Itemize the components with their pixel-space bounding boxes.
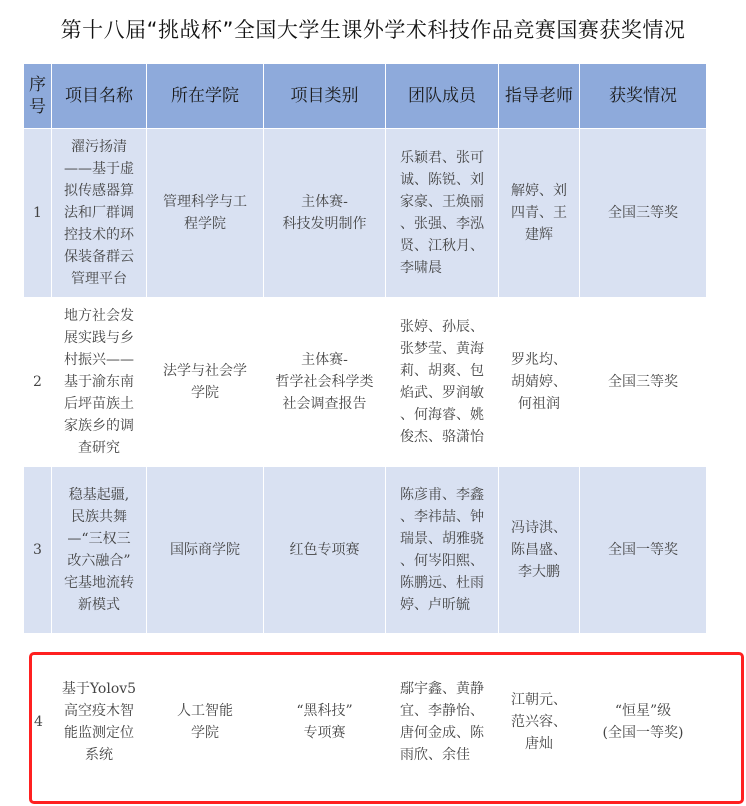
cell-category: “黑科技” 专项赛 <box>264 647 386 798</box>
cell-team: 陈彦甫、李鑫 、李祎喆、钟 瑞景、胡雅骁 、何岑阳熙、 陈鹏远、杜雨 婷、卢昕毓 <box>386 467 499 634</box>
header-project-name: 项目名称 <box>52 64 147 129</box>
header-team: 团队成员 <box>386 64 499 129</box>
header-college: 所在学院 <box>147 64 264 129</box>
cell-advisors: 解婷、刘 四青、王 建辉 <box>499 129 580 298</box>
header-award: 获奖情况 <box>580 64 707 129</box>
cell-award: “恒星”级 (全国一等奖) <box>580 647 707 798</box>
cell-advisors: 冯诗淇、 陈昌盛、 李大鹏 <box>499 467 580 634</box>
header-advisors: 指导老师 <box>499 64 580 129</box>
awards-table: 序号 项目名称 所在学院 项目类别 团队成员 指导老师 获奖情况 1 濯污扬清 … <box>23 63 707 798</box>
row-spacer <box>24 634 707 647</box>
cell-advisors: 江朝元、 范兴容、 唐灿 <box>499 647 580 798</box>
table-row: 3 稳基起疆, 民族共舞 —“三权三 改六融合” 宅基地流转 新模式 国际商学院… <box>24 467 707 634</box>
cell-project-name: 稳基起疆, 民族共舞 —“三权三 改六融合” 宅基地流转 新模式 <box>52 467 147 634</box>
table-row: 2 地方社会发 展实践与乡 村振兴—— 基于渝东南 后坪苗族土 家族乡的调 查研… <box>24 298 707 467</box>
header-no: 序号 <box>24 64 52 129</box>
cell-project-name: 濯污扬清 ——基于虚 拟传感器算 法和厂群调 控技术的环 保装备群云 管理平台 <box>52 129 147 298</box>
cell-project-name: 地方社会发 展实践与乡 村振兴—— 基于渝东南 后坪苗族土 家族乡的调 查研究 <box>52 298 147 467</box>
cell-no: 1 <box>24 129 52 298</box>
cell-award: 全国三等奖 <box>580 298 707 467</box>
cell-team: 张婷、孙辰、 张梦莹、黄海 莉、胡爽、包 焰武、罗润敏 、何海睿、姚 俊杰、骆潇… <box>386 298 499 467</box>
cell-college: 法学与社会学 学院 <box>147 298 264 467</box>
cell-team: 乐颖君、张可 诚、陈锐、刘 家豪、王焕丽 、张强、李泓 贤、江秋月、 李啸晨 <box>386 129 499 298</box>
table-row-highlighted: 4 基于Yolov5 高空疫木智 能监测定位 系统 人工智能 学院 “黑科技” … <box>24 647 707 798</box>
cell-team: 鄢宇鑫、黄静 宜、李静怡、 唐何金成、陈 雨欣、余佳 <box>386 647 499 798</box>
cell-category: 主体赛- 科技发明制作 <box>264 129 386 298</box>
cell-project-name: 基于Yolov5 高空疫木智 能监测定位 系统 <box>52 647 147 798</box>
cell-award: 全国三等奖 <box>580 129 707 298</box>
cell-category: 主体赛- 哲学社会科学类 社会调查报告 <box>264 298 386 467</box>
header-category: 项目类别 <box>264 64 386 129</box>
page-title: 第十八届“挑战杯”全国大学生课外学术科技作品竞赛国赛获奖情况 <box>0 14 746 44</box>
cell-award: 全国一等奖 <box>580 467 707 634</box>
cell-category: 红色专项赛 <box>264 467 386 634</box>
cell-college: 国际商学院 <box>147 467 264 634</box>
cell-advisors: 罗兆均、 胡婧婷、 何祖润 <box>499 298 580 467</box>
cell-college: 人工智能 学院 <box>147 647 264 798</box>
cell-no: 4 <box>24 647 52 798</box>
cell-no: 2 <box>24 298 52 467</box>
cell-no: 3 <box>24 467 52 634</box>
header-row: 序号 项目名称 所在学院 项目类别 团队成员 指导老师 获奖情况 <box>24 64 707 129</box>
cell-college: 管理科学与工 程学院 <box>147 129 264 298</box>
table-row: 1 濯污扬清 ——基于虚 拟传感器算 法和厂群调 控技术的环 保装备群云 管理平… <box>24 129 707 298</box>
